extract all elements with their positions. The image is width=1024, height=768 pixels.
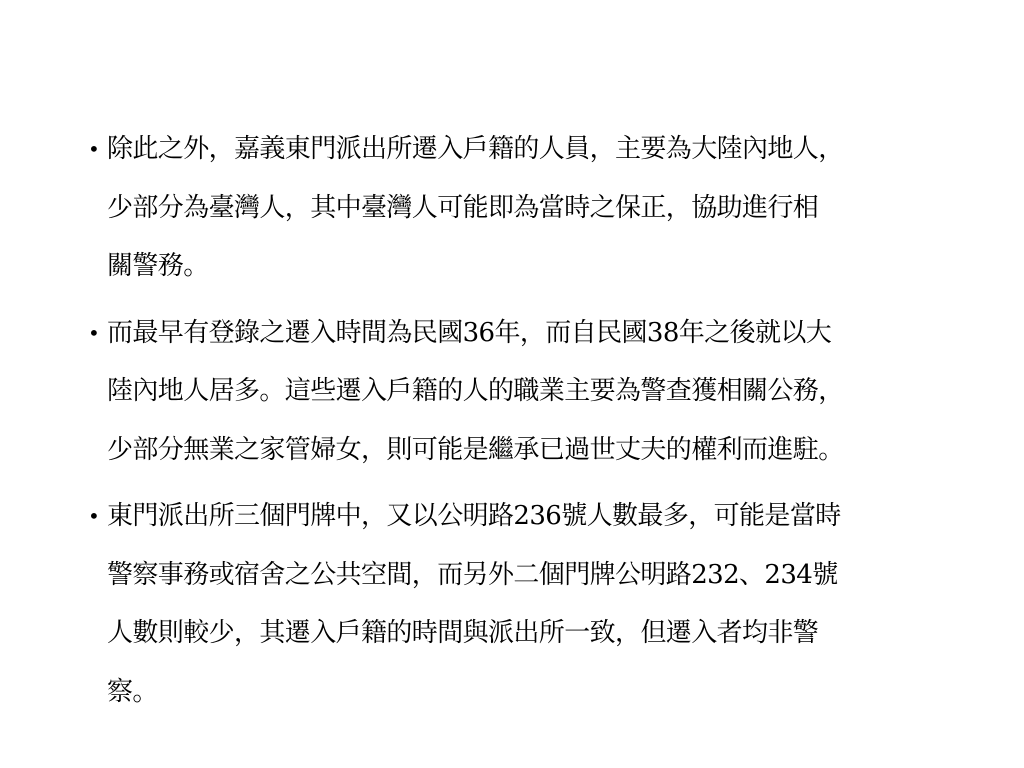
bullet-list: • 除此之外，嘉義東門派出所遷入戶籍的人員，主要為大陸內地人， 少部分為臺灣人，…	[86, 120, 936, 729]
text-line: 察。	[107, 663, 917, 722]
text-line: 少部分無業之家管婦女，則可能是繼承已過世丈夫的權利而進駐。	[107, 421, 917, 480]
bullet-item-2: • 而最早有登錄之遷入時間為民國36年，而自民國38年之後就以大 陸內地人居多。…	[86, 304, 936, 480]
text-line: 警察事務或宿舍之公共空間，而另外二個門牌公明路232、234號	[107, 546, 917, 605]
text-line: 陸內地人居多。這些遷入戶籍的人的職業主要為警查獲相關公務，	[107, 362, 917, 421]
slide: • 除此之外，嘉義東門派出所遷入戶籍的人員，主要為大陸內地人， 少部分為臺灣人，…	[0, 0, 1024, 768]
bullet-text: 除此之外，嘉義東門派出所遷入戶籍的人員，主要為大陸內地人， 少部分為臺灣人，其中…	[107, 120, 917, 296]
bullet-dot-icon: •	[88, 487, 99, 546]
bullet-item-3: • 東門派出所三個門牌中，又以公明路236號人數最多，可能是當時 警察事務或宿舍…	[86, 487, 936, 721]
bullet-text: 東門派出所三個門牌中，又以公明路236號人數最多，可能是當時 警察事務或宿舍之公…	[107, 487, 917, 721]
text-line: 少部分為臺灣人，其中臺灣人可能即為當時之保正，協助進行相	[107, 179, 917, 238]
bullet-dot-icon: •	[88, 120, 99, 179]
bullet-dot-icon: •	[88, 304, 99, 363]
text-line: 關警務。	[107, 237, 917, 296]
bullet-text: 而最早有登錄之遷入時間為民國36年，而自民國38年之後就以大 陸內地人居多。這些…	[107, 304, 917, 480]
text-line: 而最早有登錄之遷入時間為民國36年，而自民國38年之後就以大	[107, 304, 917, 363]
text-line: 東門派出所三個門牌中，又以公明路236號人數最多，可能是當時	[107, 487, 917, 546]
text-line: 除此之外，嘉義東門派出所遷入戶籍的人員，主要為大陸內地人，	[107, 120, 917, 179]
text-line: 人數則較少，其遷入戶籍的時間與派出所一致，但遷入者均非警	[107, 604, 917, 663]
bullet-item-1: • 除此之外，嘉義東門派出所遷入戶籍的人員，主要為大陸內地人， 少部分為臺灣人，…	[86, 120, 936, 296]
